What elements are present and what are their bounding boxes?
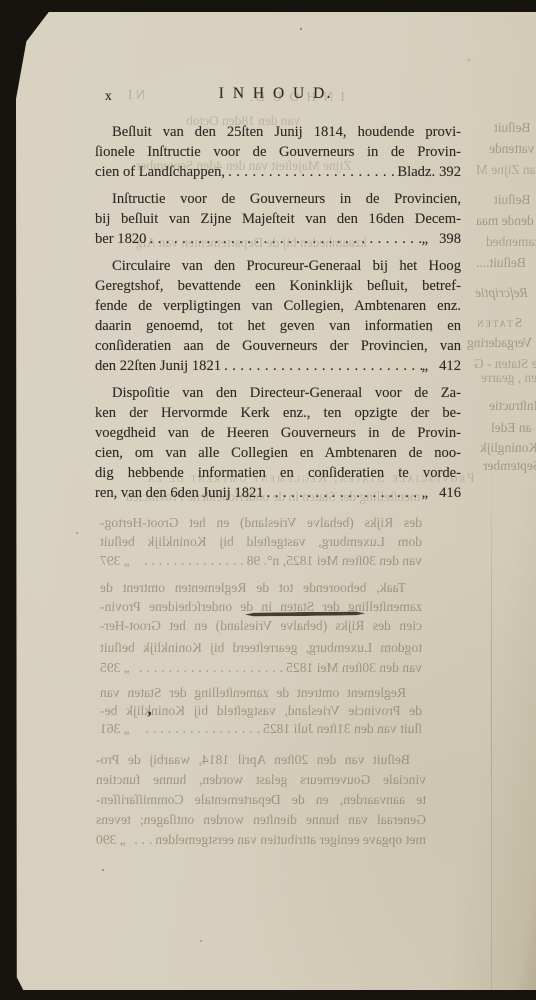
toc-line: Inſtructie voor de Gouverneurs in de Pro…	[95, 189, 461, 209]
leader-dots: ........................................…	[149, 229, 421, 249]
paper-speck	[468, 59, 470, 61]
page-ref: „416	[422, 483, 461, 503]
paper-speck	[200, 940, 202, 942]
toc-line: Circulaire van den Procureur-Generaal bi…	[95, 256, 461, 276]
page-ref: „412	[422, 356, 461, 376]
toc-line: Beſluit van den 25ſten Junij 1814, houde…	[95, 122, 461, 142]
paper-speck	[300, 28, 302, 30]
page-number: 398	[439, 229, 461, 249]
toc-line: ber 1820 ...............................…	[95, 229, 461, 249]
paper-speck	[102, 869, 104, 871]
leader-dots: ........................................	[228, 162, 397, 182]
toc-line: ken der Hervormde Kerk enz., ten opzigte…	[95, 403, 461, 423]
toc-line: den 22ſten Junij 1821 ..................…	[95, 356, 461, 376]
paper-speck	[430, 330, 432, 332]
toc-line: conſideratien aan de Gouverneurs der Pro…	[95, 336, 461, 356]
scan-background: { "colors":{"paper":"#d6cfbd","ink":"#2e…	[0, 0, 536, 1000]
toc-line: ſionele Inſtructie voor de Gouverneurs i…	[95, 142, 461, 162]
toc-line: Geregtshof, bevattende een Koninklijk be…	[95, 276, 461, 296]
toc-entry: Beſluit van den 25ſten Junij 1814, houde…	[95, 122, 461, 182]
page-ref-label: „	[422, 483, 428, 503]
toc-entry: Inſtructie voor de Gouverneurs in de Pro…	[95, 189, 461, 249]
page-ref-label: „	[422, 229, 428, 249]
toc-line: ren, van den 6den Junij 1821 ...........…	[95, 483, 461, 503]
toc-text: den 22ſten Junij 1821	[95, 356, 221, 376]
toc-text: ren, van den 6den Junij 1821	[95, 483, 264, 503]
leader-dots: ........................................…	[224, 356, 422, 376]
toc-entry: Dispoſitie van den Directeur-Generaal vo…	[95, 383, 461, 503]
toc-line: voegdheid van de Heeren Gouverneurs in d…	[95, 423, 461, 443]
page-ref: „398	[422, 229, 461, 249]
page-number: 412	[439, 356, 461, 376]
page-ref: Bladz.392	[397, 162, 461, 182]
toc-entry: Circulaire van den Procureur-Generaal bi…	[95, 256, 461, 376]
toc-list: Beſluit van den 25ſten Junij 1814, houde…	[95, 122, 461, 510]
toc-line: dig hebbende informatien en conſideratie…	[95, 463, 461, 483]
paper-speck	[76, 532, 78, 534]
page-ref-label: „	[422, 356, 428, 376]
page-ref-label: Bladz.	[397, 162, 435, 182]
toc-line: daarin genoemd, tot het geven van inform…	[95, 316, 461, 336]
toc-line: cien, om van alle Collegien en Ambtenare…	[95, 443, 461, 463]
toc-text: cien of Landſchappen,	[95, 162, 225, 182]
page-number: 416	[439, 483, 461, 503]
toc-line: cien of Landſchappen, ..................…	[95, 162, 461, 182]
toc-text: ber 1820	[95, 229, 146, 249]
page-number: 392	[439, 162, 461, 182]
toc-line: Dispoſitie van den Directeur-Generaal vo…	[95, 383, 461, 403]
book-page: I N H O U D. N I van den 18den Octob Zij…	[16, 12, 536, 990]
toc-line: fende de verpligtingen van Collegien, Am…	[95, 296, 461, 316]
page-content: x I N H O U D. Beſluit van den 25ſten Ju…	[16, 12, 536, 990]
leader-dots: ......................................	[267, 483, 422, 503]
page-title: I N H O U D.	[16, 85, 536, 103]
toc-line: bij beſluit van Zijne Majeſteit van den …	[95, 209, 461, 229]
